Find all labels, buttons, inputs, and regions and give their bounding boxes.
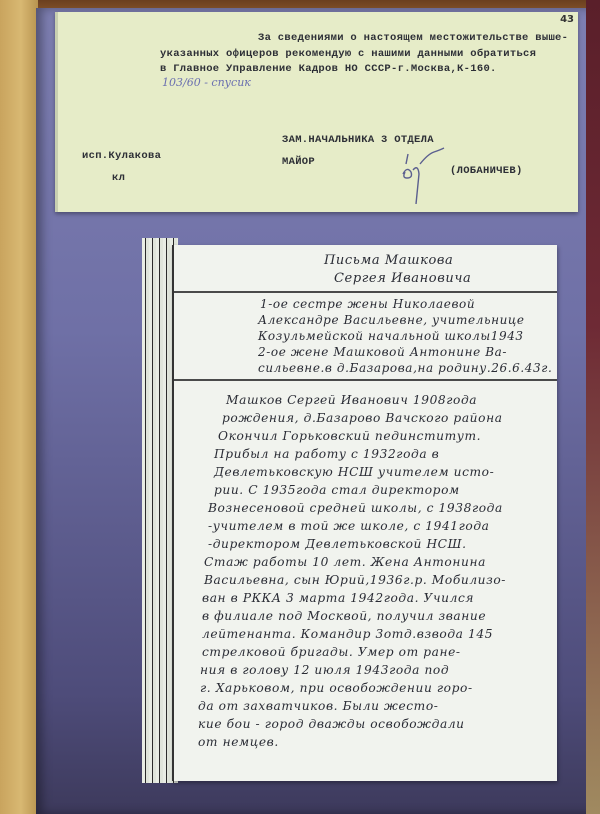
addressee-divider [174,379,557,381]
body-line: кие бои - город дважды освобождали [198,717,465,731]
body-line: Окончил Горьковский пединститут. [218,429,481,443]
addressee-line: 1-ое сестре жены Николаевой [260,297,475,311]
executor-name: исп.Кулакова [82,150,161,162]
body-line: ван в РККА 3 марта 1942года. Учился [202,591,474,605]
body-line: г. Харьковом, при освобождении горо- [200,681,473,695]
typed-line-2: указанных офицеров рекомендую с нашими д… [160,48,536,60]
handwritten-reference-number: 103/60 - спусик [162,76,251,89]
body-line: -директором Девлетьковской НСШ. [208,537,467,551]
typed-line-1: За сведениями о настоящем местожительств… [258,32,568,44]
addressee-line: Александре Васильевне, учительнице [258,313,525,327]
handwritten-letter-card: Письма Машкова Сергея Ивановича 1-ое сес… [172,245,557,781]
body-line: Девлетьковскую НСШ учителем исто- [214,465,494,479]
body-line: рии. С 1935года стал директором [214,483,460,497]
folder-spine [0,0,38,814]
body-line: рождения, д.Базарово Вачского района [222,411,503,425]
card-title-line-2: Сергея Ивановича [334,271,471,286]
body-line: Стаж работы 10 лет. Жена Антонина [204,555,486,569]
body-line: в филиале под Москвой, получил звание [202,609,486,623]
rank: МАЙОР [282,156,315,168]
addressee-line: 2-ое жене Машковой Антонине Ва- [258,345,507,359]
body-line: Васильевна, сын Юрий,1936г.р. Мобилизо- [204,573,506,587]
body-line: от немцев. [198,735,279,749]
body-line: лейтенанта. Командир 3отд.взвода 145 [202,627,493,641]
addressee-line: Козульмейской начальной школы1943 [258,329,524,343]
page-number: 43 [560,14,574,25]
addressee-line: сильевне.в д.Базарова,на родину.26.6.43г… [258,361,552,375]
typed-official-note: 43 За сведениями о настоящем местожитель… [55,12,578,212]
body-line: Прибыл на работу с 1932года в [214,447,439,461]
signatory-name: (ЛОБАНИЧЕВ) [450,165,523,177]
body-line: -учителем в той же школе, с 1941года [208,519,490,533]
title-divider [174,291,557,293]
body-line: ния в голову 12 июля 1943года под [200,663,449,677]
signature-icon [398,144,458,204]
body-line: Машков Сергей Иванович 1908года [226,393,477,407]
body-line: Вознесеновой средней школы, с 1938года [208,501,503,515]
folder-right-edge [586,0,600,814]
typed-line-3: в Главное Управление Кадров НО СССР-г.Мо… [160,63,497,75]
card-title-line-1: Письма Машкова [324,253,453,268]
typist-initials: кл [112,172,125,184]
body-line: стрелковой бригады. Умер от ране- [202,645,461,659]
body-line: да от захватчиков. Были жесто- [198,699,439,713]
